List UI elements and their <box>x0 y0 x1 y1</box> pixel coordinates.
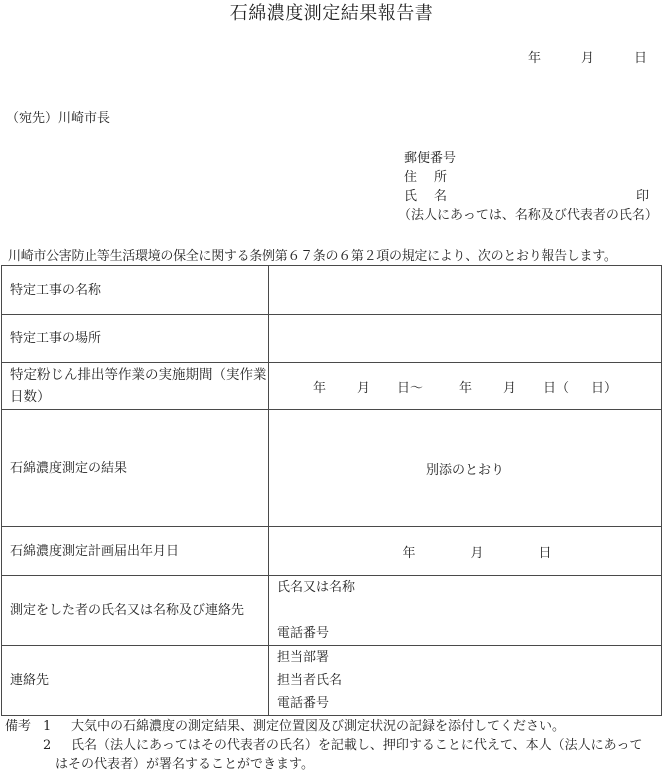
plan-date-day: 日 <box>538 542 551 561</box>
applicant-block: 郵便番号 住所 氏名 印 （法人にあっては、名称及び代表者の氏名） <box>404 149 658 225</box>
period-end-day: 日（ <box>543 377 591 396</box>
value-measurement-result: 別添のとおり <box>269 410 662 527</box>
period-end-month: 月 <box>503 377 543 396</box>
date-day-label: 日 <box>634 50 647 68</box>
label-plan-submission-date: 石綿濃度測定計画届出年月日 <box>2 527 269 576</box>
contact-department-field[interactable]: 担当部署 <box>277 646 661 669</box>
label-construction-name: 特定工事の名称 <box>2 266 269 315</box>
table-row-work-period: 特定粉じん排出等作業の実施期間（実作業日数） 年月日〜年月日（日） <box>2 363 662 410</box>
measurer-spacer <box>277 599 661 622</box>
remark-text-continuation: はその代表者）が署名することができます。 <box>55 755 314 773</box>
table-row-construction-name: 特定工事の名称 <box>2 266 662 315</box>
period-start-day: 日〜 <box>397 377 459 396</box>
preamble-text: 川崎市公害防止等生活環境の保全に関する条例第６７条の６第２項の規定により、次のと… <box>8 249 617 265</box>
label-measurer: 測定をした者の氏名又は名称及び連絡先 <box>2 576 269 646</box>
report-form-table: 特定工事の名称 特定工事の場所 特定粉じん排出等作業の実施期間（実作業日数） 年… <box>1 265 662 716</box>
value-construction-location[interactable] <box>269 315 662 363</box>
contact-person-field[interactable]: 担当者氏名 <box>277 669 661 692</box>
label-work-period: 特定粉じん排出等作業の実施期間（実作業日数） <box>2 363 269 410</box>
value-contact[interactable]: 担当部署 担当者氏名 電話番号 <box>269 646 662 716</box>
label-measurement-result: 石綿濃度測定の結果 <box>2 410 269 527</box>
document-title: 石綿濃度測定結果報告書 <box>0 0 663 28</box>
address-row: 住所 <box>404 168 658 187</box>
measurer-name-field[interactable]: 氏名又は名称 <box>277 576 661 599</box>
date-month-label: 月 <box>581 50 634 68</box>
remark-text: 大気中の石綿濃度の測定結果、測定位置図及び測定状況の記録を添付してください。 <box>71 717 565 736</box>
label-contact: 連絡先 <box>2 646 269 716</box>
remark-text: 氏名（法人にあってはその代表者の氏名）を記載し、押印することに代えて、本人（法人… <box>71 736 642 755</box>
period-start-year: 年 <box>313 377 357 396</box>
value-plan-submission-date[interactable]: 年月日 <box>269 527 662 576</box>
table-row-measurer: 測定をした者の氏名又は名称及び連絡先 氏名又は名称 電話番号 <box>2 576 662 646</box>
postal-code-label: 郵便番号 <box>404 151 456 166</box>
table-row-plan-submission-date: 石綿濃度測定計画届出年月日 年月日 <box>2 527 662 576</box>
name-row: 氏名 印 <box>404 187 658 206</box>
remark-number: 2 <box>43 736 51 755</box>
period-start-month: 月 <box>357 377 397 396</box>
contact-phone-field[interactable]: 電話番号 <box>277 692 661 715</box>
addressee: （宛先）川崎市長 <box>6 110 110 128</box>
remark-number: 1 <box>43 717 51 736</box>
report-date: 年月日 <box>528 50 647 68</box>
corporate-note: （法人にあっては、名称及び代表者の氏名） <box>398 206 658 225</box>
date-year-label: 年 <box>528 50 581 68</box>
remarks-heading: 備考 <box>5 717 31 736</box>
plan-date-month: 月 <box>470 542 538 561</box>
table-row-measurement-result: 石綿濃度測定の結果 別添のとおり <box>2 410 662 527</box>
measurer-phone-field[interactable]: 電話番号 <box>277 622 661 645</box>
value-measurer[interactable]: 氏名又は名称 電話番号 <box>269 576 662 646</box>
postal-code-row: 郵便番号 <box>404 149 658 168</box>
plan-date-year: 年 <box>402 542 470 561</box>
seal-label: 印 <box>636 187 649 206</box>
label-construction-location: 特定工事の場所 <box>2 315 269 363</box>
period-end-year: 年 <box>459 377 503 396</box>
period-work-days: 日） <box>591 377 617 396</box>
table-row-construction-location: 特定工事の場所 <box>2 315 662 363</box>
value-construction-name[interactable] <box>269 266 662 315</box>
name-label: 氏名 <box>404 189 464 204</box>
table-row-contact: 連絡先 担当部署 担当者氏名 電話番号 <box>2 646 662 716</box>
address-label: 住所 <box>404 170 464 185</box>
value-work-period[interactable]: 年月日〜年月日（日） <box>269 363 662 410</box>
